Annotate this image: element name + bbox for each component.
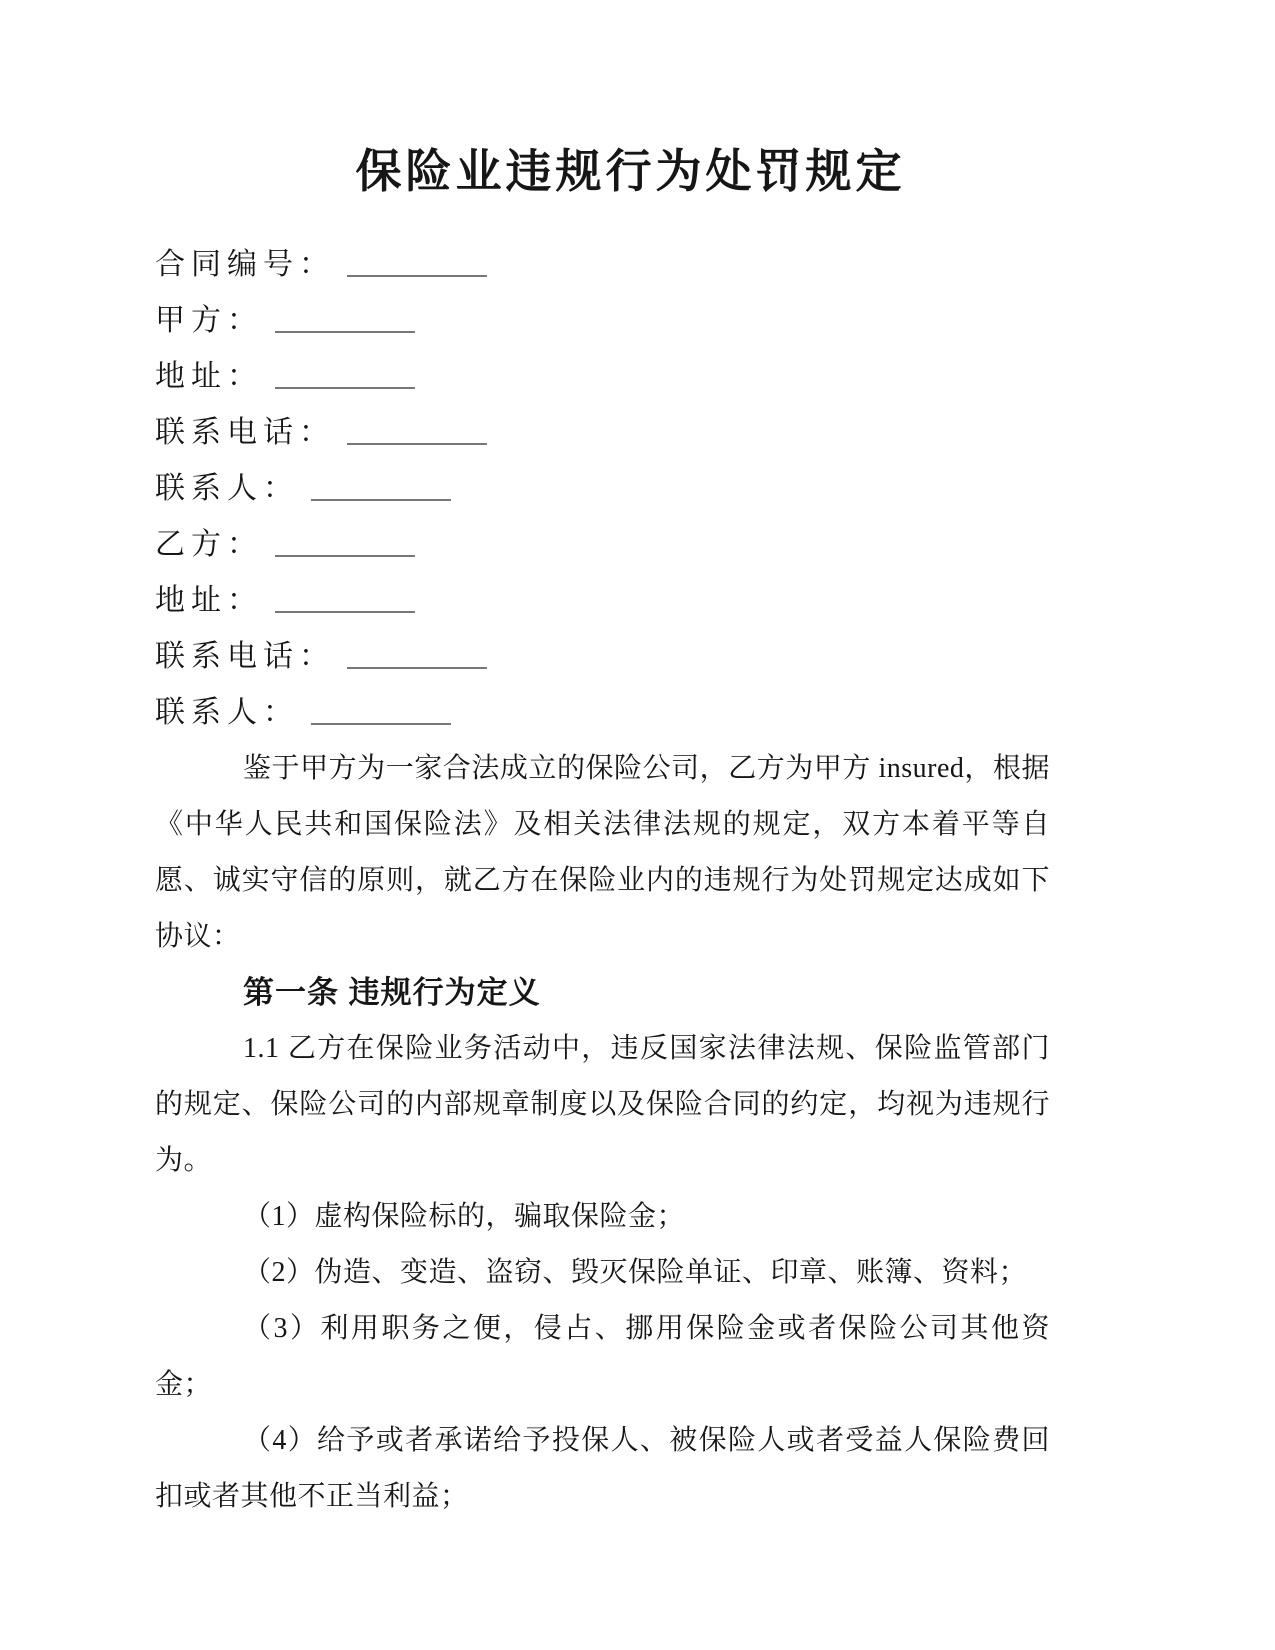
party-b-blank[interactable] — [275, 555, 415, 557]
party-a-phone-label: 联系电话： — [155, 416, 335, 449]
document-title: 保险业违规行为处罚规定 — [155, 145, 1050, 199]
violation-item-2: （2）伪造、变造、盗窃、毁灭保险单证、印章、账簿、资料； — [155, 1245, 1050, 1301]
contract-number-label: 合同编号： — [155, 248, 335, 281]
contract-header-fields: 合同编号： 甲方： 地址： 联系电话： 联系人： 乙方： 地址： 联系电话： — [155, 237, 1050, 741]
clause-1-1: 1.1 乙方在保险业务活动中，违反国家法律法规、保险监管部门的规定、保险公司的内… — [155, 1021, 1050, 1189]
party-b-contact-label: 联系人： — [155, 696, 299, 729]
party-b-address-blank[interactable] — [275, 611, 415, 613]
party-a-address-label: 地址： — [155, 360, 263, 393]
field-party-a: 甲方： — [155, 293, 1050, 349]
party-a-label: 甲方： — [155, 304, 263, 337]
field-party-a-contact: 联系人： — [155, 461, 1050, 517]
party-a-address-blank[interactable] — [275, 387, 415, 389]
party-b-contact-blank[interactable] — [311, 723, 451, 725]
party-a-contact-blank[interactable] — [311, 499, 451, 501]
party-b-label: 乙方： — [155, 528, 263, 561]
party-a-blank[interactable] — [275, 331, 415, 333]
contract-number-blank[interactable] — [347, 275, 487, 277]
party-a-contact-label: 联系人： — [155, 472, 299, 505]
party-a-phone-blank[interactable] — [347, 443, 487, 445]
field-party-a-phone: 联系电话： — [155, 405, 1050, 461]
violation-item-1: （1）虚构保险标的，骗取保险金； — [155, 1189, 1050, 1245]
party-b-address-label: 地址： — [155, 584, 263, 617]
section-1-heading: 第一条 违规行为定义 — [155, 965, 1050, 1021]
field-contract-number: 合同编号： — [155, 237, 1050, 293]
field-party-b: 乙方： — [155, 517, 1050, 573]
document-content: 保险业违规行为处罚规定 合同编号： 甲方： 地址： 联系电话： 联系人： 乙方：… — [155, 145, 1050, 1525]
party-b-phone-label: 联系电话： — [155, 640, 335, 673]
field-party-b-phone: 联系电话： — [155, 629, 1050, 685]
violation-item-4: （4）给予或者承诺给予投保人、被保险人或者受益人保险费回扣或者其他不正当利益； — [155, 1413, 1050, 1525]
field-party-b-contact: 联系人： — [155, 685, 1050, 741]
intro-paragraph: 鉴于甲方为一家合法成立的保险公司，乙方为甲方 insured，根据《中华人民共和… — [155, 741, 1050, 965]
field-party-a-address: 地址： — [155, 349, 1050, 405]
violation-item-3: （3）利用职务之便，侵占、挪用保险金或者保险公司其他资金； — [155, 1301, 1050, 1413]
document-page: 保险业违规行为处罚规定 合同编号： 甲方： 地址： 联系电话： 联系人： 乙方：… — [0, 0, 1275, 1650]
field-party-b-address: 地址： — [155, 573, 1050, 629]
party-b-phone-blank[interactable] — [347, 667, 487, 669]
